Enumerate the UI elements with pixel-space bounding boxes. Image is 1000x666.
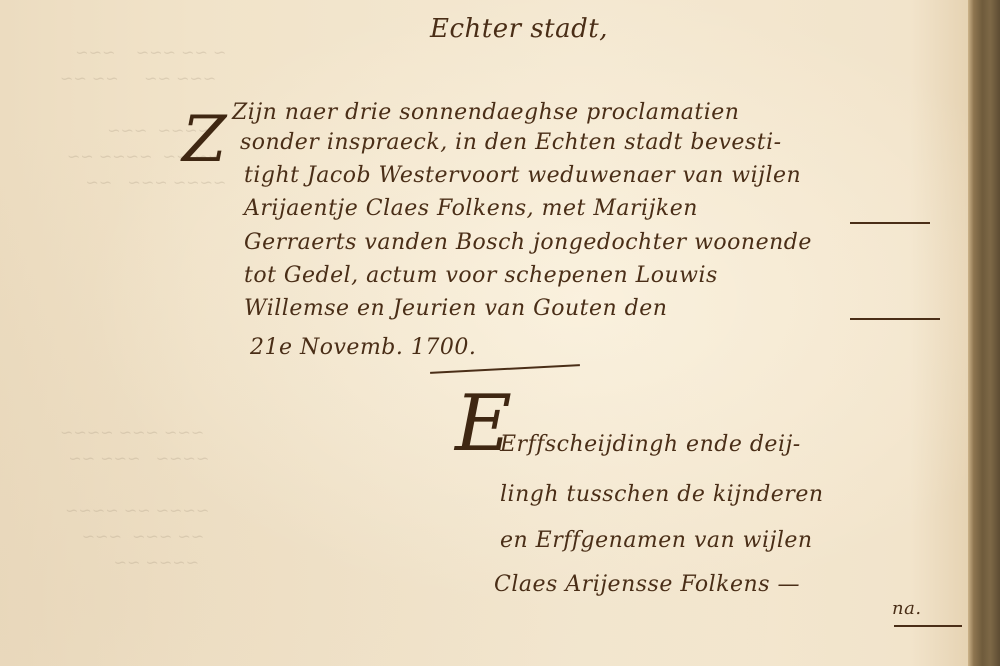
entry-line: en Erffgenamen van wijlen bbox=[500, 528, 813, 553]
book-gutter bbox=[968, 0, 1000, 666]
entry-line: tight Jacob Westervoort weduwenaer van w… bbox=[244, 163, 801, 188]
heading: Echter stadt, bbox=[430, 14, 608, 44]
entry-line: sonder inspraeck, in den Echten stadt be… bbox=[240, 130, 782, 155]
line-filler-rule bbox=[850, 318, 940, 320]
entry-line: Arijaentje Claes Folkens, met Marijken bbox=[244, 196, 698, 221]
entry-line: lingh tusschen de kijnderen bbox=[500, 482, 824, 507]
decorated-initial: Z bbox=[182, 108, 226, 172]
entry-line: Erffscheijdingh ende deij- bbox=[500, 432, 801, 457]
entry-line: Claes Arijensse Folkens — bbox=[494, 572, 800, 597]
closing-rule bbox=[894, 625, 962, 627]
entry-line: Zijn naer drie sonnendaeghse proclamatie… bbox=[232, 100, 739, 125]
date-underline bbox=[430, 364, 580, 374]
entry-date-line: 21e Novemb. 1700. bbox=[250, 335, 476, 360]
entry-line: na. bbox=[892, 598, 922, 619]
entry-line: Willemse en Jeurien van Gouten den bbox=[244, 296, 667, 321]
line-filler-rule bbox=[850, 222, 930, 224]
entry-line: tot Gedel, actum voor schepenen Louwis bbox=[244, 263, 718, 288]
manuscript-page: ~ ~~ ~~~ ~~~ ~~~ ~~ ~~ ~~ ~~~~ ~~~ ~~ ~~… bbox=[0, 0, 968, 666]
entry-line: Gerraerts vanden Bosch jongedochter woon… bbox=[244, 230, 812, 255]
bleed-through-text: ~~~ ~~~ ~~~~ ~~~~ ~~~ ~~ ~~~~ ~~ ~~~~ ~~… bbox=[60, 420, 225, 576]
